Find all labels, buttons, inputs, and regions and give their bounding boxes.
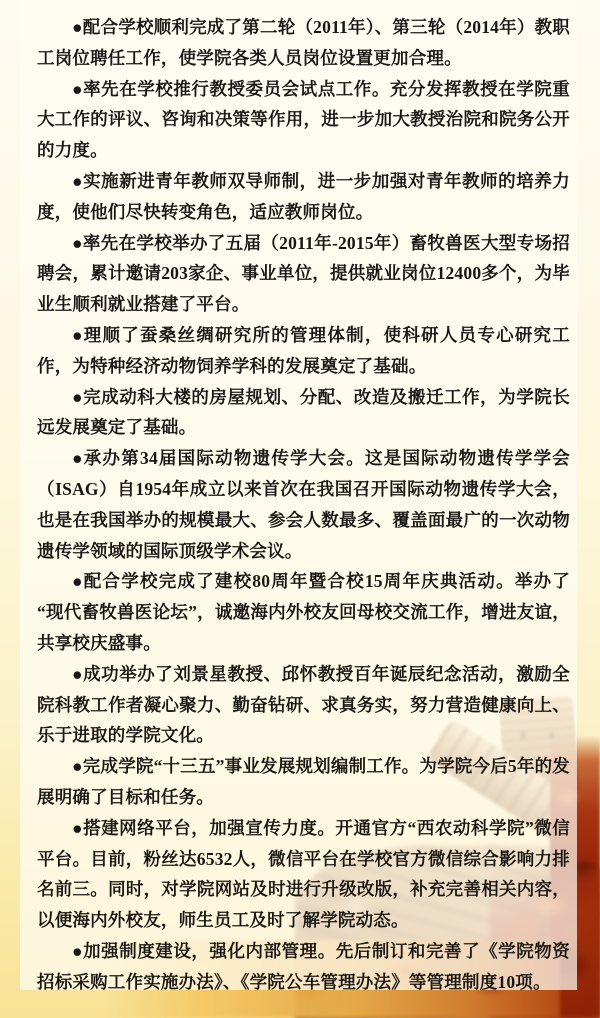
achievement-bullet-item: ●成功举办了刘景星教授、邱怀教授百年诞辰纪念活动，激励全院科教工作者凝心聚力、勤… (37, 659, 570, 751)
achievement-bullet-item: ●完成学院“十三五”事业发展规划编制工作。为学院今后5年的发展明确了目标和任务。 (37, 751, 570, 813)
report-page: ●配合学校顺利完成了第二轮（2011年）、第三轮（2014年）教职工岗位聘任工作… (0, 0, 600, 1018)
achievement-bullet-item: ●搭建网络平台，加强宣传力度。开通官方“西农动科学院”微信平台。目前，粉丝达65… (37, 813, 570, 936)
achievement-bullet-item: ●率先在学校举办了五届（2011年-2015年）畜牧兽医大型专场招聘会，累计邀请… (37, 228, 570, 320)
achievement-bullet-item: ●完成动科大楼的房屋规划、分配、改造及搬迁工作，为学院长远发展奠定了基础。 (37, 382, 570, 444)
achievement-bullet-item: ●承办第34届国际动物遗传学大会。这是国际动物遗传学学会（ISAG）自1954年… (37, 443, 570, 566)
achievement-bullet-item: ●配合学校完成了建校80周年暨合校15周年庆典活动。举办了“现代畜牧兽医论坛”，… (37, 566, 570, 658)
achievement-bullet-item: ●实施新进青年教师双导师制，进一步加强对青年教师的培养力度，使他们尽快转变角色，… (37, 166, 570, 228)
achievement-bullet-item: ●加强制度建设，强化内部管理。先后制订和完善了《学院物资招标采购工作实施办法》、… (37, 936, 570, 998)
achievement-bullet-item: ●配合学校顺利完成了第二轮（2011年）、第三轮（2014年）教职工岗位聘任工作… (37, 12, 570, 74)
achievement-bullet-item: ●理顺了蚕桑丝绸研究所的管理体制，使科研人员专心研究工作，为特种经济动物饲养学科… (37, 320, 570, 382)
achievement-bullet-item: ●率先在学校推行教授委员会试点工作。充分发挥教授在学院重大工作的评议、咨询和决策… (37, 74, 570, 166)
achievement-list: ●配合学校顺利完成了第二轮（2011年）、第三轮（2014年）教职工岗位聘任工作… (20, 0, 577, 990)
text-panel: ●配合学校顺利完成了第二轮（2011年）、第三轮（2014年）教职工岗位聘任工作… (20, 0, 577, 990)
